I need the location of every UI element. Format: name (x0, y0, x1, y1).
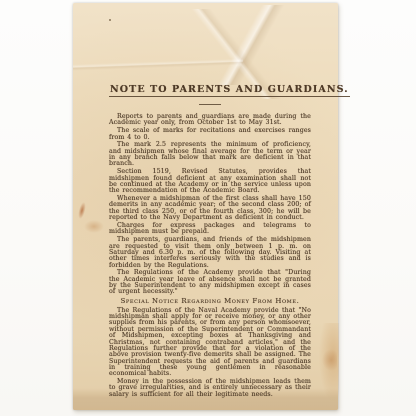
paragraph-money-possession: Money in the possession of the midshipme… (109, 379, 311, 398)
paragraph-mark-scale: The scale of marks for recitations and e… (109, 128, 311, 141)
paragraph-reports: Reports to parents and guardians are mad… (109, 114, 311, 127)
document-content: NOTE TO PARENTS AND GUARDIANS. Reports t… (109, 3, 311, 400)
paragraph-minimum-proficiency: The mark 2.5 represents the minimum of p… (109, 142, 311, 167)
paper-stain (322, 349, 337, 371)
page-title: NOTE TO PARENTS AND GUARDIANS. (109, 84, 350, 97)
title-divider (199, 104, 221, 105)
paragraph-express-charges: Charges for express packages and telegra… (109, 223, 311, 236)
paragraph-visiting: The parents, guardians, and friends of t… (109, 237, 311, 269)
paper-stain (77, 202, 87, 220)
paragraph-revised-statutes: Section 1519, Revised Statutes, provides… (109, 169, 311, 194)
scanned-document-page: NOTE TO PARENTS AND GUARDIANS. Reports t… (73, 3, 338, 410)
paper-stain (84, 220, 104, 233)
paragraph-leave-of-absence: The Regulations of the Academy provide t… (109, 270, 311, 295)
paragraph-demerits: Whenever a midshipman of the first class… (109, 196, 311, 221)
section-heading: Special Notice Regarding Money From Home… (109, 298, 311, 305)
paragraph-money-regulations: The Regulations of the Naval Academy pro… (109, 308, 311, 378)
